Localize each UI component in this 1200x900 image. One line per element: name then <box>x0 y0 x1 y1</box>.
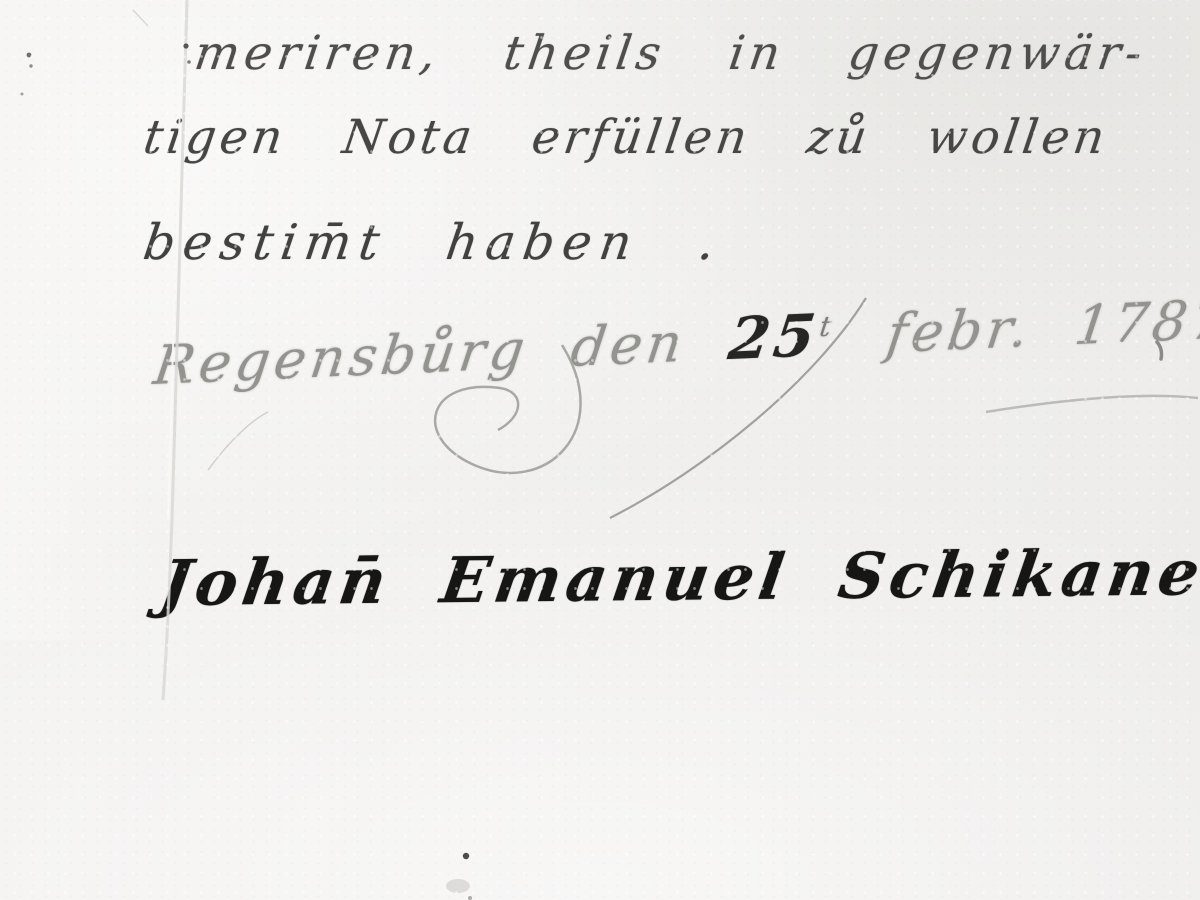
manuscript-line-1: meriren, theils in gegenwär- <box>191 26 1150 81</box>
signature-line: Johan̄ Emanuel Schikaneder <box>156 534 1200 620</box>
dateline-month-year: febr. 1787 . <box>883 285 1200 366</box>
ink-speck-left-edge-2 <box>29 64 32 67</box>
year-underline <box>986 396 1198 412</box>
manuscript-dateline: Regensbůrg den 25t febr. 1787 . <box>150 281 1200 398</box>
ink-speck-left-edge-1 <box>27 53 32 58</box>
pencil-hairline-1 <box>208 412 268 470</box>
dateline-day: 25 <box>725 301 823 373</box>
ink-smudge-bottom <box>446 879 470 893</box>
paper-fiber-hairline <box>133 10 148 26</box>
paper-left-panel <box>0 0 178 640</box>
manuscript-line-2: tigen Nota erfüllen zů wollen <box>140 110 1112 165</box>
manuscript-line-3: bestim̄t haben . <box>140 214 726 271</box>
manuscript-photo: meriren, theils in gegenwär- tigen Nota … <box>0 0 1200 900</box>
ink-speck-bottom <box>463 853 469 859</box>
dateline-place: Regensbůrg den <box>150 311 690 397</box>
ink-speck-bottom-2 <box>468 896 472 900</box>
ink-speck-crease-top <box>183 43 188 48</box>
ink-speck-left-edge-3 <box>21 93 24 96</box>
ink-speck-crease-2 <box>187 60 191 64</box>
